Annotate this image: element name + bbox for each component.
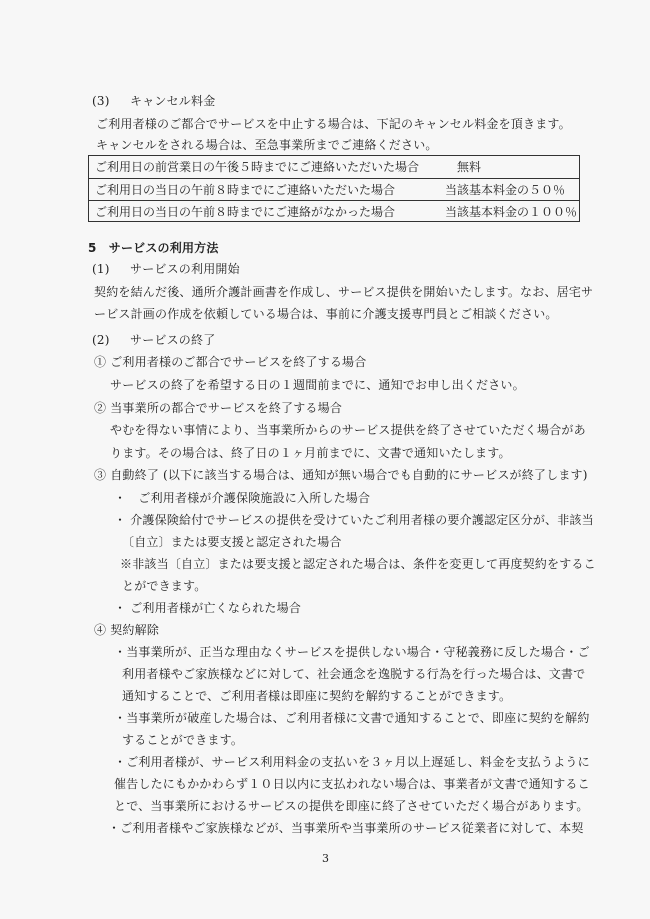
table-cell-fee: 無料 bbox=[457, 160, 481, 174]
table-row: ご利用日の前営業日の午後５時までにご連絡いただいた場合 無料 bbox=[89, 156, 579, 178]
table-cell-fee: 当該基本料金の１００％ bbox=[445, 205, 577, 219]
cancel-paragraph-2: キャンセルをされる場合は、至急事業所までご連絡ください。 bbox=[96, 138, 438, 152]
table-row: ご利用日の当日の午前８時までにご連絡いただいた場合 当該基本料金の５０％ bbox=[89, 178, 579, 200]
bullet-line: ・ ご利用者様が亡くなられた場合 bbox=[114, 601, 301, 615]
paragraph-line: 契約を結んだ後、通所介護計画書を作成し、サービス提供を開始いたします。なお、居宅… bbox=[94, 285, 593, 299]
paragraph-line: ・当事業所が、正当な理由なくサービスを提供しない場合・守秘義務に反した場合・ご bbox=[114, 645, 590, 659]
paragraph-line: 通知することで、ご利用者様は即座に契約を解約することができます。 bbox=[122, 689, 511, 703]
bullet-line: 〔自立〕または要支援と認定された場合 bbox=[122, 535, 342, 549]
paragraph-line: 利用者様やご家族様などに対して、社会通念を逸脱する行為を行った場合は、文書で bbox=[122, 667, 585, 681]
subsection-1-number: (1) bbox=[92, 262, 110, 276]
subsection-2-number: (2) bbox=[92, 333, 110, 347]
table-cell-condition: ご利用日の前営業日の午後５時までにご連絡いただいた場合 bbox=[95, 160, 419, 174]
subsection-2-title: サービスの終了 bbox=[130, 333, 215, 347]
paragraph-line: することができます。 bbox=[122, 733, 243, 747]
paragraph-line: ります。その場合は、終了日の１ヶ月前までに、文書で通知いたします。 bbox=[110, 446, 511, 460]
page-number: 3 bbox=[322, 852, 329, 865]
item-3-title: ③ 自動終了 (以下に該当する場合は、通知が無い場合でも自動的にサービスが終了し… bbox=[94, 468, 588, 482]
paragraph-line: ・ご利用者様やご家族様などが、当事業所や当事業所のサービス従業者に対して、本契 bbox=[108, 821, 584, 835]
table-row: ご利用日の当日の午前８時までにご連絡がなかった場合 当該基本料金の１００％ bbox=[89, 200, 579, 222]
bullet-line: ・ 介護保険給付でサービスの提供を受けていたご利用者様の要介護認定区分が、非該当 bbox=[114, 513, 594, 527]
note-line: とができます。 bbox=[122, 579, 206, 593]
section-3-heading: キャンセル料金 bbox=[130, 94, 215, 108]
paragraph-line: ・当事業所が破産した場合は、ご利用者様に文書で通知することで、即座に契約を解約 bbox=[114, 711, 590, 725]
paragraph-line: とで、当事業所におけるサービスの提供を即座に終了させていただく場合があります。 bbox=[114, 799, 589, 813]
section-3-heading-number: (3) bbox=[92, 94, 110, 108]
paragraph-line: ・ご利用者様が、サービス利用料金の支払いを３ヶ月以上遅延し、料金を支払うように bbox=[114, 755, 590, 769]
paragraph-line: サービスの終了を希望する日の１週間前までに、通知でお申し出ください。 bbox=[110, 378, 525, 392]
cancel-paragraph-1: ご利用者様のご都合でサービスを中止する場合は、下記のキャンセル料金を頂きます。 bbox=[96, 117, 571, 131]
paragraph-line: ービス計画の作成を依頼している場合は、事前に介護支援専門員とご相談ください。 bbox=[94, 307, 558, 321]
item-1-title: ① ご利用者様のご都合でサービスを終了する場合 bbox=[94, 355, 366, 369]
item-4-title: ④ 契約解除 bbox=[94, 623, 159, 637]
paragraph-line: やむを得ない事情により、当事業所からのサービス提供を終了させていただく場合があ bbox=[110, 423, 586, 437]
document-page: (3) キャンセル料金 ご利用者様のご都合でサービスを中止する場合は、下記のキャ… bbox=[0, 0, 650, 919]
table-cell-condition: ご利用日の当日の午前８時までにご連絡いただいた場合 bbox=[95, 183, 395, 197]
cancellation-fee-table: ご利用日の前営業日の午後５時までにご連絡いただいた場合 無料 ご利用日の当日の午… bbox=[88, 155, 580, 222]
section-5-heading: 5 サービスの利用方法 bbox=[88, 241, 219, 255]
bullet-line: ・ ご利用者様が介護保険施設に入所した場合 bbox=[114, 491, 370, 505]
note-line: ※非該当〔自立〕または要支援と認定された場合は、条件を変更して再度契約をするこ bbox=[120, 557, 596, 571]
paragraph-line: 催告したにもかかわらず１０日以内に支払われない場合は、事業者が文書で通知するこ bbox=[114, 777, 590, 791]
table-cell-fee: 当該基本料金の５０％ bbox=[445, 183, 565, 197]
item-2-title: ② 当事業所の都合でサービスを終了する場合 bbox=[94, 401, 342, 415]
table-cell-condition: ご利用日の当日の午前８時までにご連絡がなかった場合 bbox=[95, 205, 395, 219]
subsection-1-title: サービスの利用開始 bbox=[130, 262, 240, 276]
